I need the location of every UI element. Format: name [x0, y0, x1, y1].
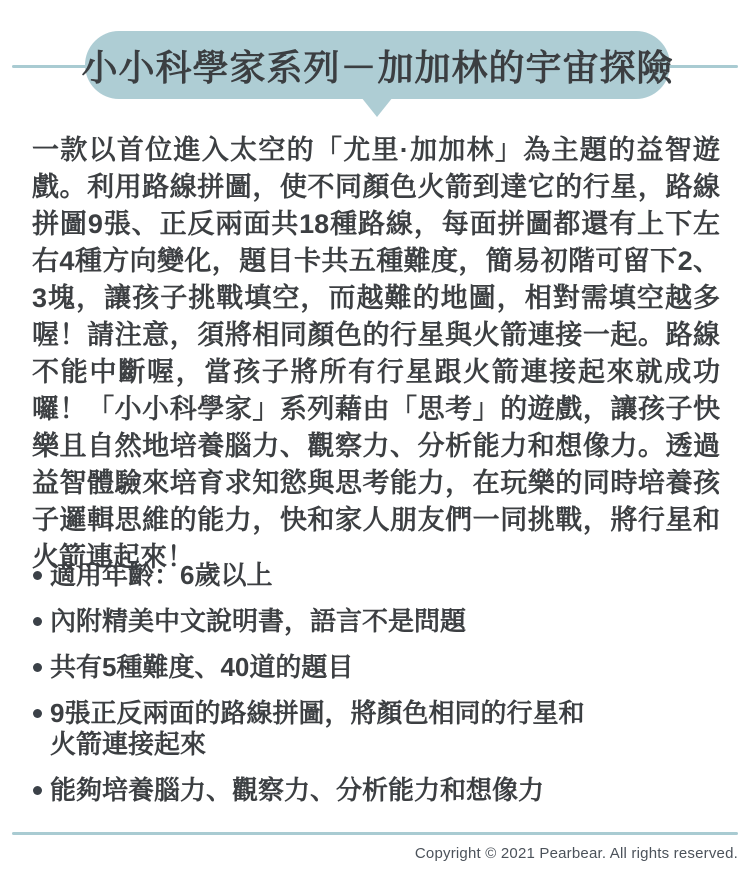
feature-label: 能夠培養腦力、觀察力、分析能力和想像力 [50, 775, 544, 805]
bullet-icon [33, 786, 42, 795]
feature-item-difficulty: 共有5種難度、40道的題目 [30, 652, 722, 683]
page-title: 小小科學家系列－加加林的宇宙探險 [82, 40, 674, 91]
bullet-icon [33, 663, 42, 672]
feature-label: 9張正反兩面的路線拼圖，將顏色相同的行星和 火箭連接起來 [50, 698, 584, 759]
product-description: 一款以首位進入太空的「尤里·加加林」為主題的益智遊戲。利用路線拼圖，使不同顏色火… [32, 132, 720, 576]
product-description-page: 小小科學家系列－加加林的宇宙探險 一款以首位進入太空的「尤里·加加林」為主題的益… [0, 0, 750, 874]
feature-label: 共有5種難度、40道的題目 [50, 652, 353, 682]
feature-item-skills: 能夠培養腦力、觀察力、分析能力和想像力 [30, 775, 722, 806]
feature-label: 內附精美中文說明書，語言不是問題 [50, 606, 466, 636]
speech-bubble-tail [361, 97, 393, 117]
footer-divider-line [12, 832, 738, 835]
bullet-icon [33, 617, 42, 626]
feature-item-age: 適用年齡：6歲以上 [30, 560, 722, 591]
bullet-icon [33, 571, 42, 580]
feature-label: 適用年齡：6歲以上 [50, 560, 272, 590]
feature-item-puzzles: 9張正反兩面的路線拼圖，將顏色相同的行星和 火箭連接起來 [30, 698, 722, 760]
feature-item-manual: 內附精美中文說明書，語言不是問題 [30, 606, 722, 637]
title-pill: 小小科學家系列－加加林的宇宙探險 [85, 31, 670, 99]
bullet-icon [33, 709, 42, 718]
copyright-text: Copyright © 2021 Pearbear. All rights re… [415, 845, 738, 862]
feature-list: 適用年齡：6歲以上 內附精美中文說明書，語言不是問題 共有5種難度、40道的題目… [30, 560, 722, 821]
